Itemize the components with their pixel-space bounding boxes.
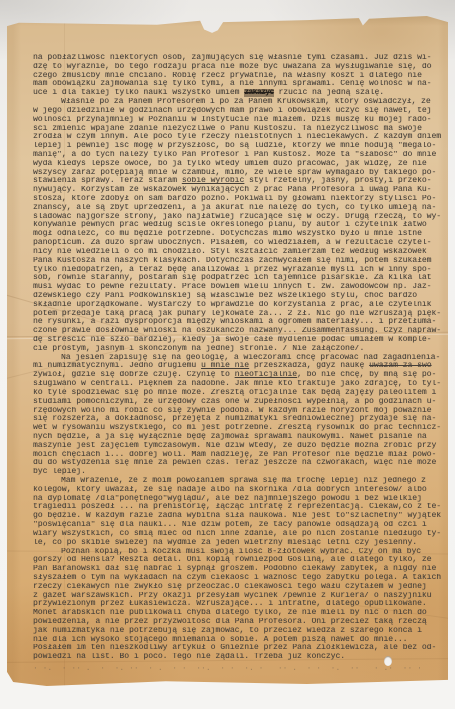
letter-page: na pobłażliwość niektórych osób, zajmują… — [7, 12, 448, 686]
letter-line: Mam wrażenie, że z moim powołaniem spraw… — [33, 477, 447, 486]
letter-segment: uce i dla takiej tylko nauki wszystko um… — [33, 89, 244, 97]
letter-paragraph: Na jesień zapisuję się na geologię, a wi… — [33, 354, 447, 477]
letter-text: na pobłażliwość niektórych osób, zajmują… — [33, 54, 447, 662]
letter-line: składnie uporządkowane. Wystarczy to wpr… — [33, 301, 447, 310]
letter-line: Monet arabskich nie publikowali chyba dl… — [33, 609, 447, 618]
paper-hole — [384, 656, 392, 666]
letter-line: lepiej i pewniej iść mogę w przyszłość, … — [33, 142, 447, 151]
letter-line: rzędowych wolno mi robić co się żywnie p… — [33, 407, 447, 416]
letter-line: nicy nie wiedzieli o co mi chodziło. Sty… — [33, 248, 447, 257]
letter-line: le, co po skibie świeżej na wydmie za je… — [33, 539, 447, 548]
letter-line: wyda kiedyś lepsze owoce, bo ja tylko wt… — [33, 160, 447, 169]
letter-strike-segment: uważam za swó — [369, 362, 431, 370]
letter-segment: rzucić na jedną szalę. — [274, 89, 384, 97]
letter-line: studiami pomocniczymi, że urzędowy czas … — [33, 398, 447, 407]
letter-line: sługiwano w centrali. Pięknem za nadobne… — [33, 380, 447, 389]
letter-line: du do wstydzenia się mnie za pewien czas… — [33, 459, 447, 468]
letter-line: stawienia sprawy. Teraz staram sobie wyr… — [33, 177, 447, 186]
letter-line: tragiedii poszedł ... na prehistorię, łą… — [33, 503, 447, 512]
letter-line: stosza, które zdobył on sam bardzo późno… — [33, 195, 447, 204]
letter-line: wszyscy zaraz potępiają mnie w czambuł, … — [33, 169, 447, 178]
letter-underline-segment: sobie wyrobić — [182, 177, 244, 185]
letter-line: być lepiej. — [33, 468, 447, 477]
letter-line: znańscy, ale są zbyt uprzedzeni, a ja ak… — [33, 204, 447, 213]
letter-line: nych będzie, a ja się wyłącznie będę zaj… — [33, 433, 447, 442]
letter-line: mi numizmatycznymi. Jedno drugiemu u mni… — [33, 362, 447, 371]
letter-line: się rozszerza, a dokładność, przejęta z … — [33, 415, 447, 424]
letter-underline-segment: nieoficjalnie — [235, 371, 297, 379]
letter-underline-segment: u mnie nie — [201, 362, 249, 370]
letter-line: dzę to wyraźnie, bo tego rodzaju praca n… — [33, 63, 447, 72]
letter-line: uce i dla takiej tylko nauki wszystko um… — [33, 89, 447, 98]
letter-line: na pobłażliwość niektórych osób, zajmują… — [33, 54, 447, 63]
letter-line: cie prostym, jasnym i skończonym na jedn… — [33, 345, 447, 354]
letter-segment: styl rzetelny, jasny, prosty,i przeko- — [244, 177, 431, 185]
letter-line: Właśnie po za Panem Profesorem i po za P… — [33, 98, 447, 107]
letter-line: mam obowiązku zajmowania się tylko tymi,… — [33, 80, 447, 89]
letter-segment: , bo nie chcę, by mną się po- — [297, 371, 436, 379]
letter-line: gorszy od Hensla? Reszta detal. Oni kopi… — [33, 556, 447, 565]
letter-line: czego zmusićby mnie chciano. Robię rzecz… — [33, 72, 447, 81]
letter-segment: przeszkadza, gdyż naukę — [249, 362, 369, 370]
letter-line: powiedzenia, a nie przez przyzwoitość dl… — [33, 618, 447, 627]
letter-line: Na jesień zapisuję się na geologię, a wi… — [33, 354, 447, 363]
letter-line: słyszałem o tym na wykładach na czym cie… — [33, 574, 447, 583]
letter-line: źródła w czym innym. Ale poco tyle rzecz… — [33, 133, 447, 142]
letter-line: Poznań kopią, bo i Koczka musi swoją ilo… — [33, 548, 447, 557]
letter-line: ko tyle spodziewać się po mnie może. Zre… — [33, 389, 447, 398]
letter-line: "poświęcania" się dla nauki... Nie dziw … — [33, 521, 447, 530]
letter-line: rzeczy ciekawych nie zwykło się przeocza… — [33, 583, 447, 592]
letter-line: wolności przynajmniej w Poznaniu w Insty… — [33, 116, 447, 125]
letter-line: Pana Kustosza na naszych klasykach. Doty… — [33, 257, 447, 266]
letter-paragraph: Poznań kopią, bo i Koczka musi swoją ilo… — [33, 548, 447, 663]
letter-line: dę streścić nie szło bardziej, kiedy ja … — [33, 336, 447, 345]
letter-line: wiary wszystkich, co śmią mieć od nich i… — [33, 530, 447, 539]
letter-line: w jego dziedzinie w godzinach urzędowych… — [33, 107, 447, 116]
letter-line: moich chęciach i... dobrej woli. Mam nad… — [33, 451, 447, 460]
letter-line: konywanie pewnych prac według ściśle okr… — [33, 221, 447, 230]
letter-line: sób, równie staranny, postaram się podpa… — [33, 274, 447, 283]
letter-paragraph: Mam wrażenie, że z moim powołaniem spraw… — [33, 477, 447, 548]
letter-line: nie dla ich wysoko stojącego mniemania o… — [33, 636, 447, 645]
letter-paragraph: na pobłażliwość niektórych osób, zajmują… — [33, 54, 447, 98]
letter-line: z gazet warszawskich. Przy okazji przesy… — [33, 592, 447, 601]
letter-line: panopticum. Za dużo spraw ubocznych. Pis… — [33, 239, 447, 248]
letter-segment: stawienia sprawy. Teraz staram — [33, 177, 182, 185]
faint-cutoff-line: · ·. · ·· . · ·. ·· · . · · ··. · · ·. ·… — [33, 665, 447, 670]
letter-line: tylko niedopatrzeń, a teraz będę analizo… — [33, 266, 447, 275]
letter-line: Posłałem im ten nieszkodliwy artykuł o G… — [33, 644, 447, 653]
letter-line: kolegów, który uważał, że się nadaje alb… — [33, 486, 447, 495]
letter-segment: żywioł, gdzie się dobrze czuję. Czynię t… — [33, 371, 235, 379]
letter-line: czone prawie dosłownie wnioski na oszuka… — [33, 327, 447, 336]
letter-segment: mi numizmatycznymi. Jedno drugiemu — [33, 362, 201, 370]
letter-line: wet w rysowaniu wszystkiego, co mi jest … — [33, 424, 447, 433]
letter-line: na dyplomatę /dla"ponętnego"wyglądu/, al… — [33, 495, 447, 504]
letter-line: przywiezionym przez Łukasiewicza. Wzrusz… — [33, 600, 447, 609]
letter-line: ne rysunki, a razi dysproporcja między w… — [33, 318, 447, 327]
letter-line: potem przedaje taką pracą jak puhary lej… — [33, 310, 447, 319]
letter-line: Pan Baranowski dał się nabrać i sypnął g… — [33, 565, 447, 574]
letter-line: ści zmienić wpajane zdanie nieżyczliwe o… — [33, 125, 447, 134]
letter-line: jak numizmatyka nie potrzebują się zajmo… — [33, 627, 447, 636]
letter-line: go będzie. W każdym razie żadna wybitna … — [33, 512, 447, 521]
photo-background: na pobłażliwość niektórych osób, zajmują… — [0, 0, 455, 709]
letter-line: musi wydać to pewne rezultaty. Prace bow… — [33, 283, 447, 292]
letter-blot-segment: zakażyć — [244, 89, 273, 97]
letter-line: śladować najgorsze strony, jako najłatwi… — [33, 213, 447, 222]
letter-paragraph: Właśnie po za Panem Profesorem i po za P… — [33, 98, 447, 354]
letter-line: maszynie jest zajęciem tymczasowym. Nie … — [33, 442, 447, 451]
letter-line: mógł odnaleźć, co mu będzie potrzebne. D… — [33, 230, 447, 239]
letter-line: manię", a do tych należy tylko Pan Profe… — [33, 151, 447, 160]
letter-line: dżewskiego czy Pani Podkowińskiej są wła… — [33, 292, 447, 301]
letter-line: żywioł, gdzie się dobrze czuję. Czynię t… — [33, 371, 447, 380]
letter-line: nywujący. Korzystam ze wskazówek wynikaj… — [33, 186, 447, 195]
